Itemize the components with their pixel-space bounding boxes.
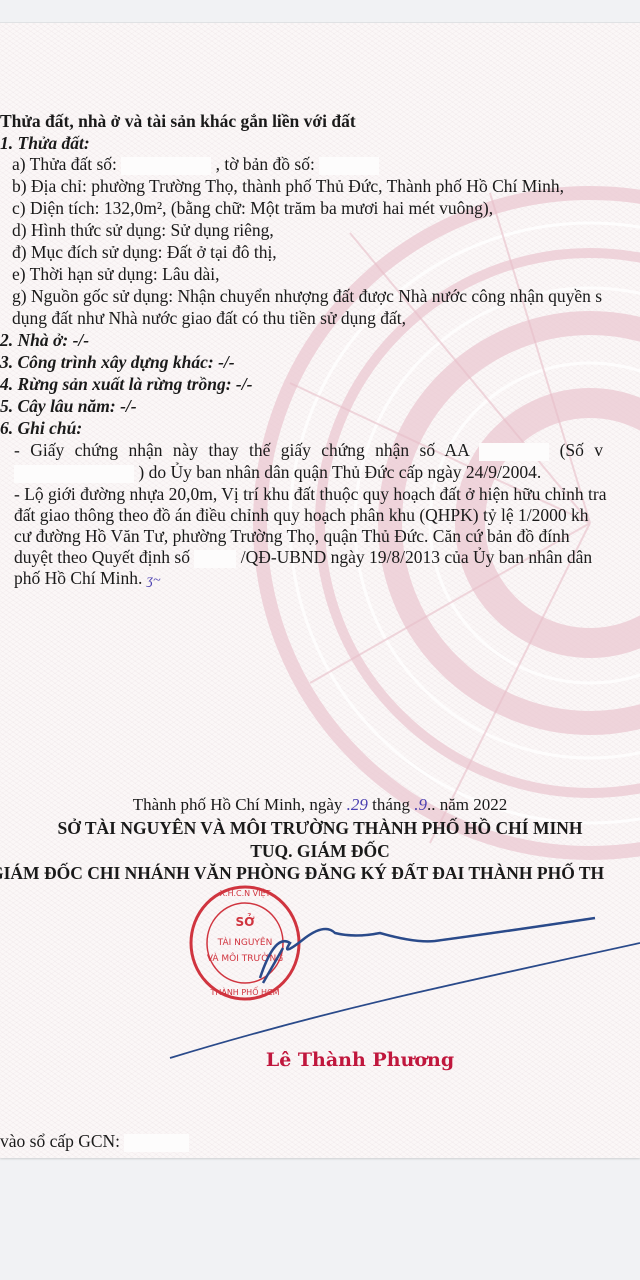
note2-line4-suffix: /QĐ-UBND ngày 19/8/2013 của Ủy ban nhân … <box>241 547 592 567</box>
redacted-decision-number <box>194 550 236 568</box>
origin-row-line2: dụng đất như Nhà nước giao đất có thu ti… <box>12 308 406 328</box>
usage-purpose-row: đ) Mục đích sử dụng: Đất ở tại đô thị, <box>12 242 277 262</box>
initials-mark: ʒ~ <box>147 573 161 588</box>
note1-text: - Giấy chứng nhận này thay thế giấy chứn… <box>14 440 469 460</box>
note2-line4-prefix: duyệt theo Quyết định số <box>14 547 190 567</box>
note1-line2-text: ) do Ủy ban nhân dân quận Thủ Đức cấp ng… <box>138 462 541 482</box>
year-label: năm 2022 <box>440 795 508 814</box>
section6-notes-title: 6. Ghi chú: <box>0 418 82 438</box>
section1-title: 1. Thửa đất: <box>0 133 90 153</box>
map-sheet-label: , tờ bản đồ số: <box>216 154 315 174</box>
parcel-number-row: a) Thửa đất số: , tờ bản đồ số: <box>12 154 379 175</box>
date-day: 29 <box>351 795 368 814</box>
signature-icon <box>165 893 640 1063</box>
section4-forest: 4. Rừng sản xuất là rừng trồng: -/- <box>0 374 252 394</box>
note2-line4: duyệt theo Quyết định số /QĐ-UBND ngày 1… <box>14 547 592 568</box>
section2-house: 2. Nhà ở: -/- <box>0 330 89 350</box>
note2-line5-text: phố Hồ Chí Minh. <box>14 568 142 588</box>
section3-other-works: 3. Công trình xây dựng khác: -/- <box>0 352 235 372</box>
top-bar <box>0 0 640 23</box>
redacted-certificate-number <box>479 443 549 461</box>
section-heading: Thửa đất, nhà ở và tài sản khác gắn liền… <box>0 111 356 131</box>
note1-suffix: (Số v <box>560 440 603 460</box>
tuq-label: TUQ. GIÁM ĐỐC <box>0 841 640 861</box>
redacted-registry-number <box>14 465 134 483</box>
redacted-parcel-number <box>121 157 211 175</box>
date-line: Thành phố Hồ Chí Minh, ngày .29 tháng .9… <box>0 795 640 815</box>
note2-line1: - Lộ giới đường nhựa 20,0m, Vị trí khu đ… <box>14 484 606 504</box>
redacted-map-sheet-number <box>319 157 379 175</box>
usage-term-row: e) Thời hạn sử dụng: Lâu dài, <box>12 264 219 284</box>
note1-line2: ) do Ủy ban nhân dân quận Thủ Đức cấp ng… <box>14 462 541 483</box>
note2-line2: đất giao thông theo đồ án điều chỉnh quy… <box>14 505 588 525</box>
month-label: tháng <box>372 795 410 814</box>
date-prefix: Thành phố Hồ Chí Minh, ngày <box>133 795 343 814</box>
signer-name: Lê Thành Phương <box>0 1050 640 1070</box>
registry-footer-label: vào sổ cấp GCN: <box>0 1131 120 1151</box>
area-row: c) Diện tích: 132,0m², (bằng chữ: Một tr… <box>12 198 493 218</box>
agency-name: SỞ TÀI NGUYÊN VÀ MÔI TRƯỜNG THÀNH PHỐ HỒ… <box>0 818 640 838</box>
registry-footer: vào sổ cấp GCN: <box>0 1131 189 1152</box>
note1-line1: - Giấy chứng nhận này thay thế giấy chứn… <box>14 440 603 461</box>
note2-line3: cư đường Hồ Văn Tư, phường Trường Thọ, q… <box>14 526 570 546</box>
parcel-number-label: a) Thửa đất số: <box>12 154 117 174</box>
address-row: b) Địa chỉ: phường Trường Thọ, thành phố… <box>12 176 564 196</box>
note2-line5: phố Hồ Chí Minh. ʒ~ <box>14 568 161 591</box>
land-certificate-page: Thửa đất, nhà ở và tài sản khác gắn liền… <box>0 23 640 1158</box>
date-month: 9 <box>418 795 427 814</box>
usage-form-row: d) Hình thức sử dụng: Sử dụng riêng, <box>12 220 274 240</box>
section5-perennial: 5. Cây lâu năm: -/- <box>0 396 137 416</box>
origin-row-line1: g) Nguồn gốc sử dụng: Nhận chuyển nhượng… <box>12 286 602 306</box>
redacted-registry-entry <box>124 1134 189 1152</box>
